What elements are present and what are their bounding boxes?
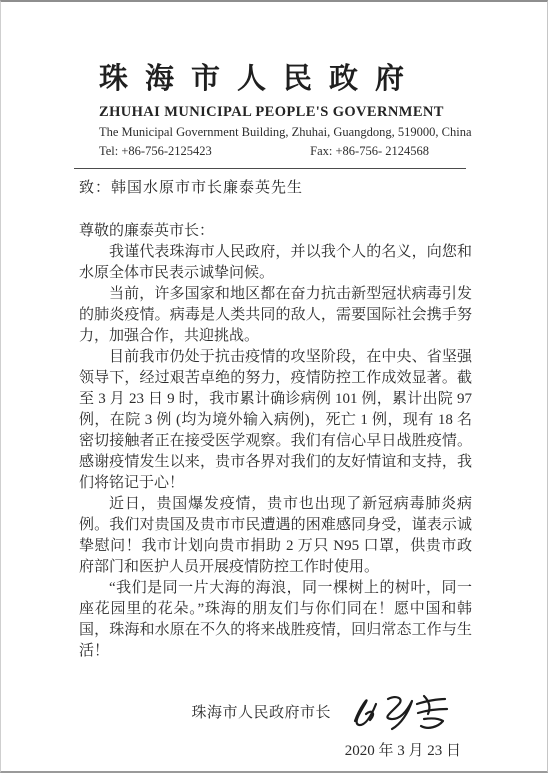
letter-page: 珠海市人民政府 ZHUHAI MUNICIPAL PEOPLE'S GOVERN… xyxy=(0,0,548,773)
paragraph-2: 当前，许多国家和地区都在奋力抗击新型冠状病毒引发的肺炎疫情。病毒是人类共同的敌人… xyxy=(79,284,472,347)
letterhead: 珠海市人民政府 ZHUHAI MUNICIPAL PEOPLE'S GOVERN… xyxy=(99,56,547,159)
signature-row: 珠海市人民政府市长 xyxy=(1,688,459,734)
org-name-english: ZHUHAI MUNICIPAL PEOPLE'S GOVERNMENT xyxy=(99,104,547,121)
recipient-line: 致：韩国水原市市长廉泰英先生 xyxy=(79,176,547,197)
org-address: The Municipal Government Building, Zhuha… xyxy=(99,125,547,140)
paragraph-1: 我谨代表珠海市人民政府，并以我个人的名义，向您和水原全体市民表示诚挚问候。 xyxy=(79,242,472,284)
signer-title: 珠海市人民政府市长 xyxy=(191,701,331,722)
fax-number: Fax: +86-756- 2124568 xyxy=(310,144,429,159)
paragraph-5: “我们是同一片大海的海浪，同一棵树上的树叶，同一座花园里的花朵。”珠海的朋友们与… xyxy=(79,578,472,662)
signature-block: 珠海市人民政府市长 2020 年 3 月 23 日 xyxy=(1,688,547,760)
signature-date: 2020 年 3 月 23 日 xyxy=(1,739,461,760)
paragraph-4: 近日，贵国爆发疫情，贵市也出现了新冠病毒肺炎病例。我们对贵国及贵市市民遭遇的困难… xyxy=(79,494,472,578)
salutation: 尊敬的廉泰英市长： xyxy=(79,221,472,242)
contact-row: Tel: +86-756-2125423 Fax: +86-756- 21245… xyxy=(99,144,429,159)
letter-body: 尊敬的廉泰英市长： 我谨代表珠海市人民政府，并以我个人的名义，向您和水原全体市民… xyxy=(79,221,472,662)
paragraph-3: 目前我市仍处于抗击疫情的攻坚阶段，在中央、省坚强领导下，经过艰苦卓绝的努力，疫情… xyxy=(79,347,472,494)
handwritten-signature-icon xyxy=(347,688,459,734)
telephone-number: Tel: +86-756-2125423 xyxy=(99,144,212,159)
letterhead-divider xyxy=(74,168,466,169)
org-name-chinese: 珠海市人民政府 xyxy=(99,56,547,97)
